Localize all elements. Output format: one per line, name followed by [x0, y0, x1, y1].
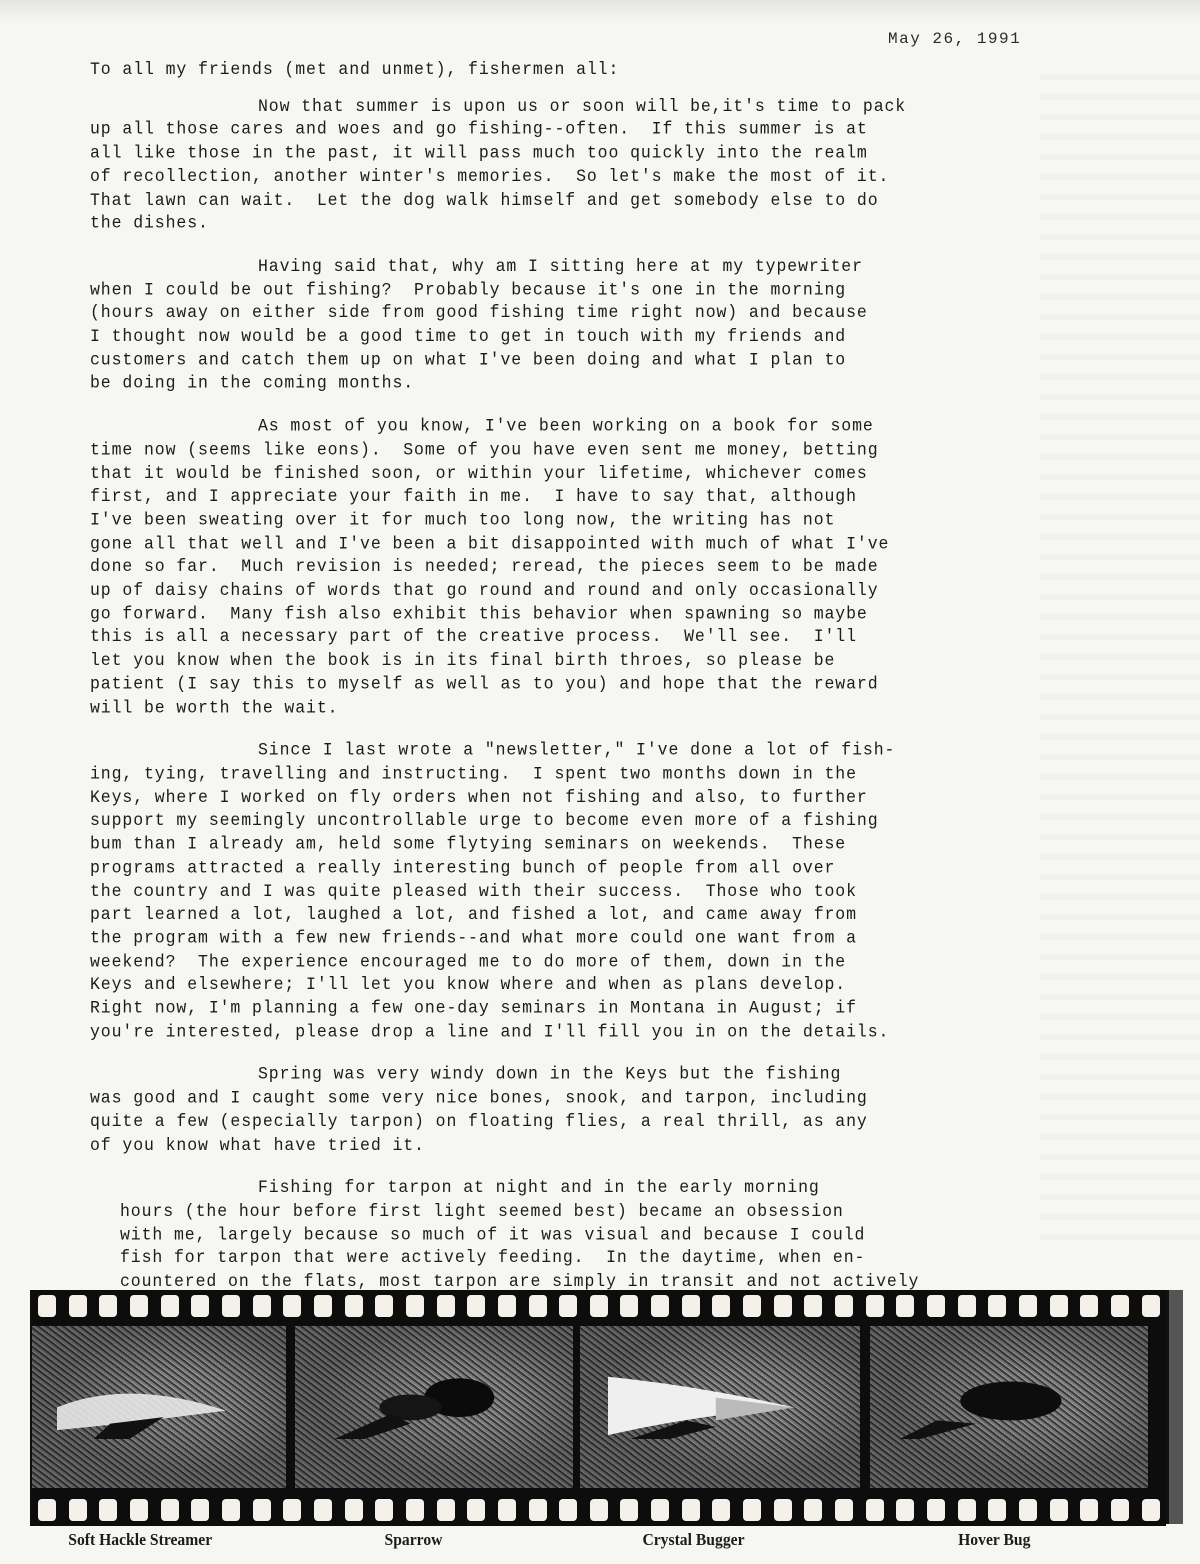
sprocket-hole: [1080, 1295, 1098, 1317]
sprocket-hole: [988, 1295, 1006, 1317]
text-line: quite a few (especially tarpon) on float…: [90, 1110, 1050, 1133]
sprocket-hole: [191, 1499, 209, 1521]
sprocket-hole: [406, 1295, 424, 1317]
sprocket-hole: [253, 1499, 271, 1521]
sprocket-hole: [1019, 1295, 1037, 1317]
sprocket-hole: [590, 1295, 608, 1317]
sprocket-hole: [835, 1295, 853, 1317]
salutation: To all my friends (met and unmet), fishe…: [90, 58, 1050, 81]
sprocket-hole: [253, 1295, 271, 1317]
text-line: Now that summer is upon us or soon will …: [90, 94, 1050, 117]
text-line: up all those cares and woes and go fishi…: [90, 118, 1050, 141]
sprocket-hole: [866, 1499, 884, 1521]
sprocket-hole: [1050, 1499, 1068, 1521]
text-line: that it would be finished soon, or withi…: [90, 461, 1050, 484]
text-line: hours (the hour before first light seeme…: [90, 1199, 1050, 1222]
text-line: first, and I appreciate your faith in me…: [90, 485, 1050, 508]
caption-soft-hackle-streamer: Soft Hackle Streamer: [68, 1530, 212, 1550]
sprocket-hole: [283, 1499, 301, 1521]
text-line: Keys, where I worked on fly orders when …: [90, 786, 1050, 809]
frame-soft-hackle-streamer: [32, 1326, 286, 1488]
sprocket-hole: [682, 1499, 700, 1521]
text-line: done so far. Much revision is needed; re…: [90, 555, 1050, 578]
sprocket-hole: [559, 1499, 577, 1521]
sprocket-hole: [406, 1499, 424, 1521]
sprocket-hole: [682, 1295, 700, 1317]
filmstrip-edge: [1166, 1290, 1183, 1524]
text-line: of recollection, another winter's memori…: [90, 165, 1050, 188]
text-line: Keys and elsewhere; I'll let you know wh…: [90, 973, 1050, 996]
text-line: go forward. Many fish also exhibit this …: [90, 602, 1050, 625]
caption-hover-bug: Hover Bug: [958, 1530, 1030, 1550]
fly-photo-icon: [898, 1375, 1093, 1440]
sprocket-hole: [743, 1295, 761, 1317]
text-line: gone all that well and I've been a bit d…: [90, 532, 1050, 555]
sprocket-hole: [191, 1295, 209, 1317]
bleed-through-text: [1040, 60, 1200, 1240]
text-line: I thought now would be a good time to ge…: [90, 325, 1050, 348]
sprocket-hole: [1050, 1295, 1068, 1317]
sprocket-hole: [835, 1499, 853, 1521]
text-line: when I could be out fishing? Probably be…: [90, 278, 1050, 301]
sprocket-hole: [651, 1295, 669, 1317]
sprocket-hole: [437, 1295, 455, 1317]
text-line: I've been sweating over it for much too …: [90, 508, 1050, 531]
sprocket-hole: [1142, 1295, 1160, 1317]
sprocket-hole: [804, 1499, 822, 1521]
sprocket-hole: [69, 1499, 87, 1521]
text-line: with me, largely because so much of it w…: [90, 1223, 1050, 1246]
text-line: time now (seems like eons). Some of you …: [90, 438, 1050, 461]
sprocket-hole: [1111, 1499, 1129, 1521]
sprocket-hole: [69, 1295, 87, 1317]
sprocket-hole: [774, 1295, 792, 1317]
sprocket-hole: [222, 1295, 240, 1317]
text-line: was good and I caught some very nice bon…: [90, 1086, 1050, 1109]
text-line: Fishing for tarpon at night and in the e…: [90, 1176, 1050, 1199]
sprocket-hole: [958, 1295, 976, 1317]
sprocket-hole: [498, 1295, 516, 1317]
text-line: up of daisy chains of words that go roun…: [90, 579, 1050, 602]
text-line: fish for tarpon that were actively feedi…: [90, 1246, 1050, 1269]
text-line: be doing in the coming months.: [90, 372, 1050, 395]
sprocket-hole: [375, 1295, 393, 1317]
sprocket-hole: [988, 1499, 1006, 1521]
sprocket-hole: [529, 1499, 547, 1521]
filmstrip: [30, 1290, 1166, 1526]
text-line: the country and I was quite pleased with…: [90, 879, 1050, 902]
sprocket-hole: [314, 1499, 332, 1521]
text-line: As most of you know, I've been working o…: [90, 415, 1050, 438]
text-line: will be worth the wait.: [90, 696, 1050, 719]
sprocket-hole: [620, 1499, 638, 1521]
letter-body: To all my friends (met and unmet), fishe…: [90, 58, 1050, 1430]
sprocket-hole: [130, 1499, 148, 1521]
text-line: of you know what have tried it.: [90, 1133, 1050, 1156]
sprocket-hole: [896, 1295, 914, 1317]
sprocket-hole: [467, 1499, 485, 1521]
text-line: patient (I say this to myself as well as…: [90, 672, 1050, 695]
sprocket-hole: [620, 1295, 638, 1317]
paragraph: Spring was very windy down in the Keys b…: [90, 1063, 1050, 1157]
sprocket-hole: [1080, 1499, 1098, 1521]
sprocket-hole: [314, 1295, 332, 1317]
sprocket-hole: [896, 1499, 914, 1521]
sprocket-hole: [712, 1499, 730, 1521]
text-line: let you know when the book is in its fin…: [90, 649, 1050, 672]
paragraph: Now that summer is upon us or soon will …: [90, 94, 1050, 235]
text-line: the program with a few new friends--and …: [90, 926, 1050, 949]
sprocket-hole: [437, 1499, 455, 1521]
sprocket-hole: [161, 1499, 179, 1521]
sprocket-hole: [99, 1295, 117, 1317]
page-top-shadow: [0, 0, 1200, 22]
text-line: ing, tying, travelling and instructing. …: [90, 762, 1050, 785]
filmstrip-captions: Soft Hackle Streamer Sparrow Crystal Bug…: [30, 1528, 1166, 1558]
sprocket-hole: [712, 1295, 730, 1317]
fly-photo-icon: [608, 1375, 804, 1440]
sprocket-hole: [958, 1499, 976, 1521]
frame-sparrow: [295, 1326, 573, 1488]
text-line: Spring was very windy down in the Keys b…: [90, 1063, 1050, 1086]
text-line: Since I last wrote a "newsletter," I've …: [90, 739, 1050, 762]
paragraph: Since I last wrote a "newsletter," I've …: [90, 739, 1050, 1044]
paragraph: Having said that, why am I sitting here …: [90, 254, 1050, 395]
sprocket-row-top: [38, 1295, 1160, 1317]
sprocket-hole: [283, 1295, 301, 1317]
sprocket-hole: [1111, 1295, 1129, 1317]
fly-photo-icon: [57, 1375, 235, 1440]
text-line: the dishes.: [90, 212, 1050, 235]
sprocket-hole: [590, 1499, 608, 1521]
sprocket-hole: [529, 1295, 547, 1317]
text-line: (hours away on either side from good fis…: [90, 301, 1050, 324]
fly-photo-icon: [323, 1375, 518, 1440]
sprocket-hole: [222, 1499, 240, 1521]
text-line: Having said that, why am I sitting here …: [90, 254, 1050, 277]
sprocket-hole: [99, 1499, 117, 1521]
sprocket-hole: [38, 1499, 56, 1521]
text-line: support my seemingly uncontrollable urge…: [90, 809, 1050, 832]
sprocket-hole: [927, 1499, 945, 1521]
sprocket-hole: [743, 1499, 761, 1521]
text-line: weekend? The experience encouraged me to…: [90, 950, 1050, 973]
paragraphs: Now that summer is upon us or soon will …: [90, 94, 1050, 1410]
text-line: part learned a lot, laughed a lot, and f…: [90, 903, 1050, 926]
sprocket-row-bottom: [38, 1499, 1160, 1521]
frame-hover-bug: [870, 1326, 1148, 1488]
sprocket-hole: [774, 1499, 792, 1521]
sprocket-hole: [804, 1295, 822, 1317]
sprocket-hole: [130, 1295, 148, 1317]
sprocket-hole: [161, 1295, 179, 1317]
sprocket-hole: [651, 1499, 669, 1521]
sprocket-hole: [1142, 1499, 1160, 1521]
sprocket-hole: [498, 1499, 516, 1521]
caption-crystal-bugger: Crystal Bugger: [642, 1530, 744, 1550]
sprocket-hole: [866, 1295, 884, 1317]
frame-crystal-bugger: [580, 1326, 860, 1488]
text-line: Right now, I'm planning a few one-day se…: [90, 997, 1050, 1020]
letter-date: May 26, 1991: [888, 30, 1021, 48]
text-line: customers and catch them up on what I've…: [90, 348, 1050, 371]
text-line: all like those in the past, it will pass…: [90, 141, 1050, 164]
text-line: That lawn can wait. Let the dog walk him…: [90, 188, 1050, 211]
sprocket-hole: [927, 1295, 945, 1317]
text-line: this is all a necessary part of the crea…: [90, 626, 1050, 649]
text-line: programs attracted a really interesting …: [90, 856, 1050, 879]
caption-sparrow: Sparrow: [385, 1530, 443, 1550]
paragraph: As most of you know, I've been working o…: [90, 415, 1050, 720]
sprocket-hole: [467, 1295, 485, 1317]
sprocket-hole: [375, 1499, 393, 1521]
sprocket-hole: [1019, 1499, 1037, 1521]
text-line: you're interested, please drop a line an…: [90, 1020, 1050, 1043]
sprocket-hole: [38, 1295, 56, 1317]
sprocket-hole: [559, 1295, 577, 1317]
sprocket-hole: [345, 1499, 363, 1521]
sprocket-hole: [345, 1295, 363, 1317]
text-line: bum than I already am, held some flytyin…: [90, 832, 1050, 855]
